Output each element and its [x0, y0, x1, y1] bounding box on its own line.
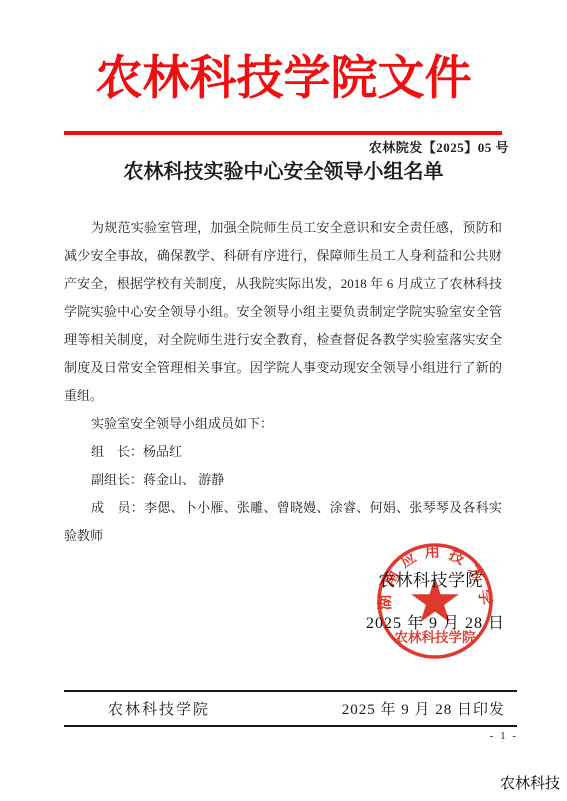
body-paragraphs: 为规范实验室管理，加强全院师生员工安全意识和安全责任感，预防和 减少安全事故，确…: [64, 214, 502, 550]
red-divider-rule: [64, 131, 502, 135]
body-line: 理等相关制度，对全院师生进行安全教育，检查督促各教学实验室落实安全: [64, 326, 502, 354]
body-line: 为规范实验室管理，加强全院师生员工安全意识和安全责任感，预防和: [64, 214, 502, 242]
signature-date: 2025 年 9 月 28 日: [366, 610, 505, 633]
member-line-members: 成 员：李偲、卜小雁、张雕、曾晓嫚、涂睿、何娟、张琴琴及各科实: [64, 494, 502, 522]
page-number: - 1 -: [490, 730, 518, 742]
member-line-deputy: 副组长：蒋金山、 游静: [64, 466, 502, 494]
document-page: 农林科技学院文件 农林院发【2025】05 号 农林科技实验中心安全领导小组名单…: [0, 0, 567, 801]
body-line: 学院实验中心安全领导小组。安全领导小组主要负责制定学院实验室安全管: [64, 298, 502, 326]
body-line: 重组。: [64, 382, 502, 410]
body-line: 减少安全事故，确保教学、科研有序进行，保障师生员工人身利益和公共财: [64, 242, 502, 270]
corner-caption: 农林科技: [500, 772, 560, 793]
signature-org: 农林科技学院: [378, 566, 483, 591]
letterhead-title: 农林科技学院文件: [0, 54, 567, 101]
footer-issuer: 农林科技学院: [108, 698, 210, 719]
body-line: 实验室安全领导小组成员如下：: [64, 410, 502, 438]
body-line: 制度及日常安全管理相关事宜。因学院人事变动现安全领导小组进行了新的: [64, 354, 502, 382]
footer-print-date: 2025 年 9 月 28 日印发: [342, 698, 505, 719]
body-line: 产安全，根据学校有关制度，从我院实际出发，2018 年 6 月成立了农林科技: [64, 270, 502, 298]
member-line-leader: 组 长：杨品红: [64, 438, 502, 466]
footer-bar: 农林科技学院 2025 年 9 月 28 日印发: [64, 690, 517, 727]
official-seal: 湖南应用技术学院 农林科技学院: [374, 540, 496, 662]
document-subject-title: 农林科技实验中心安全领导小组名单: [0, 155, 567, 184]
document-number: 农林院发【2025】05 号: [369, 137, 509, 156]
